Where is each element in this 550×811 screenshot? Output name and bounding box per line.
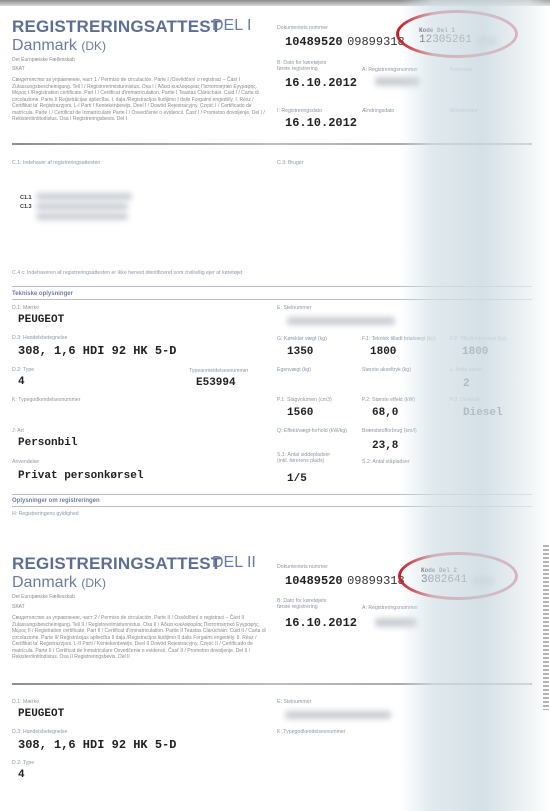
f2-value: 1800: [462, 346, 488, 358]
reg-number-label: A: Registreringsnummer: [362, 67, 418, 73]
union-name: Det Europæiske Fællesskab: [12, 57, 75, 64]
kode-label: Kode Del 1: [419, 27, 455, 34]
s1-label-line2: (inkl. førerens plads): [277, 458, 330, 464]
country-text: Danmark: [12, 37, 77, 54]
type-value: 4: [18, 376, 25, 388]
first-reg-label: B: Dato for køretøjets første registreri…: [277, 598, 326, 610]
make-value: PEUGEOT: [18, 708, 64, 720]
p3-label: P.3: Drivkraft: [450, 397, 479, 403]
h-label: H: Registreringens gyldighed: [12, 511, 79, 517]
divider: [12, 143, 532, 145]
make-label: D.1: Mærke: [12, 699, 39, 705]
kode-value: 3082641: [421, 574, 467, 586]
doc-number-suffix: 09899318: [347, 574, 405, 588]
doc-number-main: 10489520: [285, 574, 343, 588]
c13-label: C1.3: [20, 204, 32, 210]
part-label: DEL II: [212, 554, 256, 572]
p1-value: 1560: [287, 407, 313, 419]
motor-office-label: Motorkontor: [450, 108, 478, 114]
p1-label: P.1: Slagvolumen (cm3): [277, 397, 332, 403]
j-label: J: Art: [12, 428, 24, 434]
fuel-value: 23,8: [372, 440, 398, 452]
use-value: Privat personkørsel: [18, 470, 143, 482]
kode-label: Kode Del 2: [421, 567, 457, 574]
trade-label: D.3: Handelsbetegnelse: [12, 729, 67, 735]
type-label: D.2: Type: [12, 760, 34, 766]
first-reg-label-line2: første registrering: [277, 66, 326, 72]
p3-value: Diesel: [463, 407, 503, 419]
scan-top-edge: [0, 0, 550, 6]
g-label: G: Køreklar vægt (kg): [277, 336, 327, 342]
doc-number-main: 10489520: [285, 35, 343, 49]
first-reg-date: 16.10.2012: [285, 76, 357, 90]
make-label: D.1: Mærke: [12, 305, 39, 311]
first-reg-label-line2: første registrering: [277, 604, 326, 610]
type-approval-label: Typeanmeldelsesnummer: [189, 368, 248, 374]
reg-number-label: A: Registreringsnummer: [362, 605, 418, 611]
doc-number: 10489520 09899318: [285, 571, 405, 589]
redacted-vin: [285, 711, 391, 719]
s1-value: 1/5: [287, 473, 307, 485]
c11-label: C1.1: [20, 195, 32, 201]
reg-section-title: Oplysninger om registreringen: [12, 498, 100, 504]
change-date-label: Ændringsdato: [362, 108, 394, 114]
type-value: 4: [18, 769, 25, 781]
make-value: PEUGEOT: [18, 314, 64, 326]
vin-label: E: Stelnummer: [277, 699, 311, 705]
redacted-holder-name: [36, 193, 132, 200]
country-code: (DK): [81, 39, 106, 53]
authority-name: SKAT: [12, 604, 25, 611]
k-label: K: Typegodkendelsesnummer: [277, 729, 346, 735]
divider: [12, 494, 532, 495]
first-reg-label: B: Dato for køretøjets første registreri…: [277, 60, 326, 72]
redacted-holder-city: [36, 213, 128, 220]
divider: [12, 286, 532, 287]
multilingual-heading: Свидетелство за управление, част 2 / Per…: [12, 615, 267, 661]
trade-value: 308, 1,6 HDI 92 HK 5-D: [18, 344, 176, 358]
divider: [12, 506, 532, 507]
type-approval-value: E53994: [196, 377, 236, 389]
doc-number: 10489520 09899318: [285, 32, 405, 50]
country-text: Danmark: [12, 574, 77, 591]
country-code: (DK): [81, 576, 106, 590]
doc-number-label: Dokumentets nummer: [277, 25, 328, 31]
type-label: D.2: Type: [12, 367, 34, 373]
redacted-vin: [287, 317, 395, 325]
redacted-code: [472, 576, 494, 586]
kode-value: 12305261: [419, 34, 472, 46]
union-name: Det Europæiske Fællesskab: [12, 594, 75, 601]
c4c-note: C.4 c: Indehaveren af registreringsattes…: [12, 270, 242, 276]
document-title: REGISTRERINGSATTEST: [12, 554, 221, 574]
redacted-reg-number: [375, 77, 420, 86]
control-label: Kontroltal: [450, 67, 472, 73]
redacted-code: [476, 36, 498, 46]
country-name: Danmark (DK): [12, 37, 106, 55]
own-weight-label: Egenvægt (kg): [277, 367, 311, 373]
f1-value: 1800: [370, 346, 396, 358]
p2-label: P.2: Største effekt (kW): [362, 397, 415, 403]
k-label: K: Typegodkendelsesnummer: [12, 397, 81, 403]
vin-label: E: Stelnummer: [277, 305, 311, 311]
f1-label: F.1: Teknisk tilladt totalvægt (kg): [362, 336, 436, 342]
axles-label: L: Antal aksler: [450, 367, 483, 373]
use-label: Anvendelse: [12, 459, 39, 465]
f2-label: F.2: Tilladt totalvægt (kg): [450, 336, 507, 342]
reg-date-label: I: Registreringsdato: [277, 108, 322, 114]
first-reg-date: 16.10.2012: [285, 616, 357, 630]
doc-number-label: Dokumentets nummer: [277, 564, 328, 570]
multilingual-heading: Свидетелство за управление, част 1 / Per…: [12, 77, 267, 123]
trade-label: D.3: Handelsbetegnelse: [12, 335, 67, 341]
vertical-margin-text: [543, 545, 549, 710]
divider: [12, 299, 532, 300]
reg-date: 16.10.2012: [285, 116, 357, 130]
p2-value: 68,0: [372, 407, 398, 419]
authority-name: SKAT: [12, 66, 25, 73]
divider: [12, 683, 532, 685]
holder-label: C.1: Indehaver af registreringsattesten: [12, 160, 100, 166]
g-value: 1350: [287, 346, 313, 358]
user-label: C.3: Bruger: [277, 160, 304, 166]
s2-label: S.2: Antal ståpladser: [362, 459, 410, 465]
part-label: DEL I: [212, 17, 251, 35]
j-value: Personbil: [18, 437, 77, 449]
fuel-label: Brændstofforbrug (km/l): [362, 428, 417, 434]
country-name: Danmark (DK): [12, 574, 106, 592]
q-label: Q: Effekt/vægt-forhold (kW/kg): [277, 428, 347, 434]
scan-fold-shadow: [400, 0, 550, 811]
redacted-holder-address: [36, 203, 128, 210]
document-title: REGISTRERINGSATTEST: [12, 17, 221, 37]
trade-value: 308, 1,6 HDI 92 HK 5-D: [18, 738, 176, 752]
redacted-reg-number: [375, 618, 417, 627]
axle-load-label: Største akseltryk (kg): [362, 367, 411, 373]
axles-value: 2: [463, 378, 470, 390]
tech-section-title: Tekniske oplysninger: [12, 291, 73, 297]
s1-label: S.1: Antal siddepladser (inkl. førerens …: [277, 452, 330, 464]
